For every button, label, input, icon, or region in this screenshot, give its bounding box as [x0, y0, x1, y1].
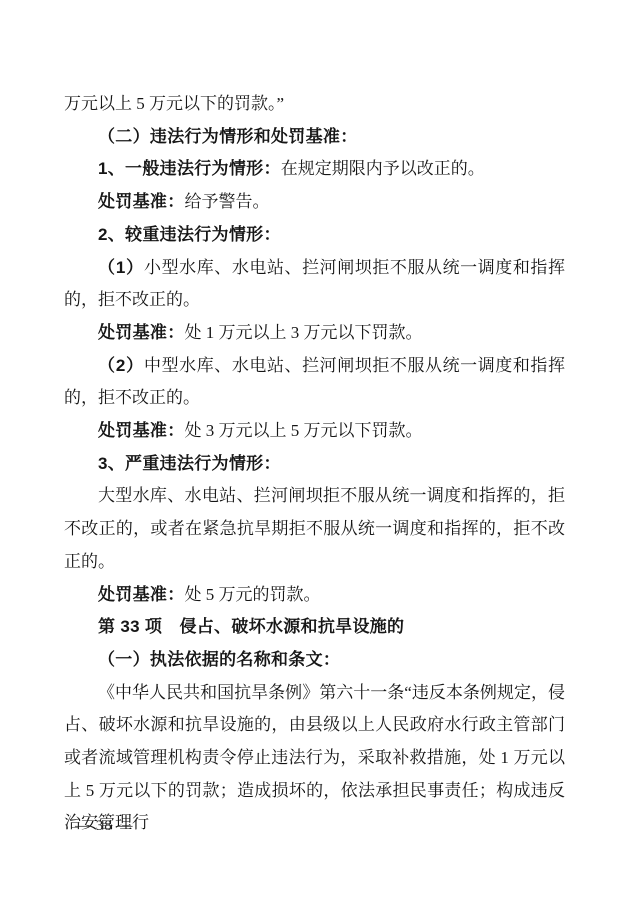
- item-label: 1、一般违法行为情形：: [98, 159, 281, 178]
- body-text: 《中华人民共和国抗旱条例》第六十一条“违反本条例规定，侵占、破坏水源和抗旱设施的…: [64, 683, 565, 833]
- document-page: 万元以上 5 万元以下的罚款。” （二）违法行为情形和处罚基准： 1、一般违法行…: [0, 0, 635, 898]
- item-label: 2、较重违法行为情形：: [98, 225, 281, 244]
- section-heading-text: （一）执法依据的名称和条文：: [98, 650, 340, 669]
- body-text: 给予警告。: [185, 192, 270, 211]
- legal-basis-body: 《中华人民共和国抗旱条例》第六十一条“违反本条例规定，侵占、破坏水源和抗旱设施的…: [64, 677, 565, 841]
- case-1: （1）小型水库、水电站、拦河闸坝拒不服从统一调度和指挥的，拒不改正的。: [64, 252, 565, 317]
- case-number-label: （2）: [98, 356, 144, 375]
- body-text: 处 3 万元以上 5 万元以下罚款。: [185, 421, 423, 440]
- penalty-basis-label: 处罚基准：: [98, 192, 185, 211]
- page-number: — 38 —: [75, 818, 134, 835]
- body-text: 万元以上 5 万元以下的罚款。”: [64, 94, 284, 113]
- body-text: 在规定期限内予以改正的。: [281, 159, 485, 178]
- penalty-basis-4: 处罚基准：处 5 万元的罚款。: [64, 579, 565, 612]
- case-number-label: （1）: [98, 258, 144, 277]
- penalty-basis-3: 处罚基准：处 3 万元以上 5 万元以下罚款。: [64, 415, 565, 448]
- heading-section-2: （二）违法行为情形和处罚基准：: [64, 121, 565, 154]
- heading-section-1: （一）执法依据的名称和条文：: [64, 644, 565, 677]
- body-text: 处 1 万元以上 3 万元以下罚款。: [185, 323, 423, 342]
- penalty-basis-label: 处罚基准：: [98, 323, 185, 342]
- body-text: 处 5 万元的罚款。: [185, 585, 321, 604]
- document-body: 万元以上 5 万元以下的罚款。” （二）违法行为情形和处罚基准： 1、一般违法行…: [64, 88, 565, 840]
- body-text: 大型水库、水电站、拦河闸坝拒不服从统一调度和指挥的，拒不改正的，或者在紧急抗旱期…: [64, 486, 565, 570]
- case-2: （2）中型水库、水电站、拦河闸坝拒不服从统一调度和指挥的，拒不改正的。: [64, 350, 565, 415]
- penalty-basis-2: 处罚基准：处 1 万元以上 3 万元以下罚款。: [64, 317, 565, 350]
- item-label: 3、严重违法行为情形：: [98, 454, 281, 473]
- section-heading-text: （二）违法行为情形和处罚基准：: [98, 127, 358, 146]
- item-general-violation: 1、一般违法行为情形：在规定期限内予以改正的。: [64, 153, 565, 186]
- penalty-basis-1: 处罚基准：给予警告。: [64, 186, 565, 219]
- item-moderate-violation: 2、较重违法行为情形：: [64, 219, 565, 252]
- penalty-basis-label: 处罚基准：: [98, 421, 185, 440]
- penalty-basis-label: 处罚基准：: [98, 585, 185, 604]
- severe-violation-body: 大型水库、水电站、拦河闸坝拒不服从统一调度和指挥的，拒不改正的，或者在紧急抗旱期…: [64, 480, 565, 578]
- heading-item-33: 第 33 项 侵占、破坏水源和抗旱设施的: [64, 611, 565, 644]
- item-severe-violation: 3、严重违法行为情形：: [64, 448, 565, 481]
- item-33-heading-text: 第 33 项 侵占、破坏水源和抗旱设施的: [98, 617, 404, 636]
- paragraph-fine-continuation: 万元以上 5 万元以下的罚款。”: [64, 88, 565, 121]
